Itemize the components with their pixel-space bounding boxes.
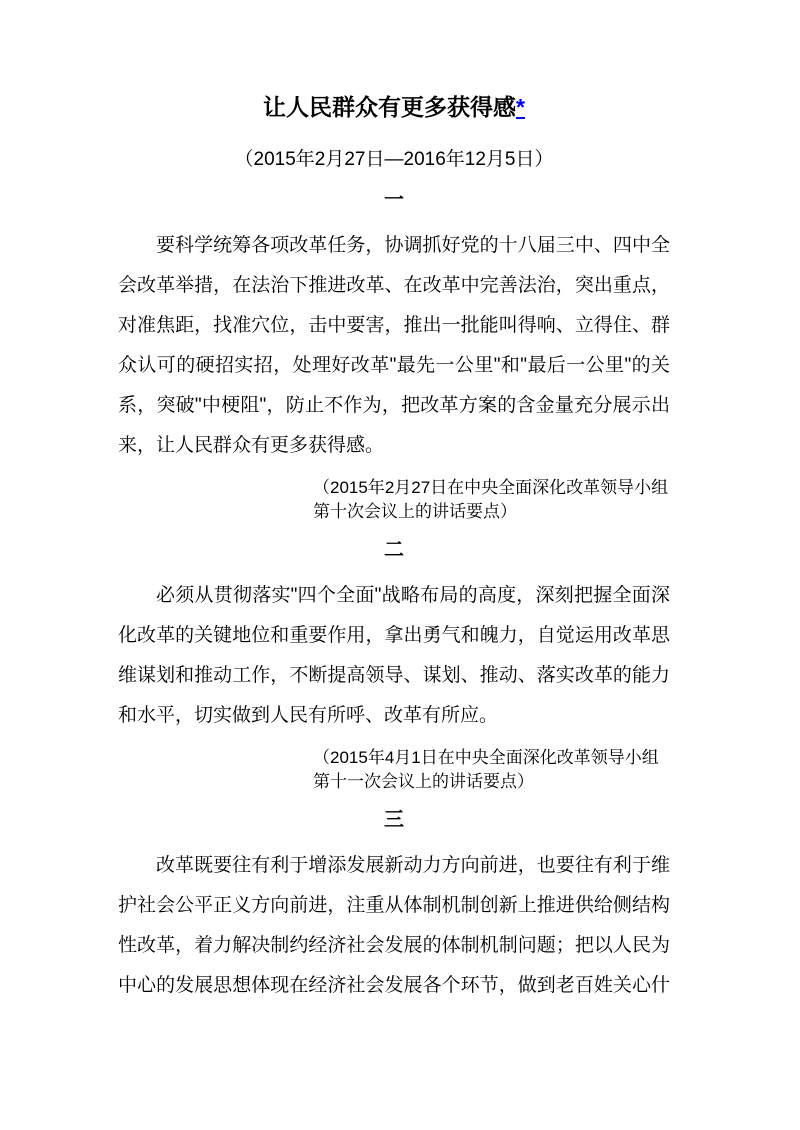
footnote-asterisk-link[interactable]: * [516, 94, 525, 120]
paragraph-line: 对准焦距，找准穴位，击中要害，推出一批能叫得响、立得住、群 [118, 306, 670, 346]
speech-citation: （2015年2月27日在中央全面深化改革领导小组第十次会议上的讲话要点） [313, 476, 670, 524]
body-paragraph: 要科学统筹各项改革任务，协调抓好党的十八届三中、四中全会改革举措，在法治下推进改… [118, 226, 670, 466]
citation-line: 第十一次会议上的讲话要点） [313, 770, 670, 794]
paragraph-line: 必须从贯彻落实"四个全面"战略布局的高度，深刻把握全面深 [118, 576, 670, 616]
paragraph-line: 维谋划和推动工作，不断提高领导、谋划、推动、落实改革的能力 [118, 656, 670, 696]
citation-line: 第十次会议上的讲话要点） [313, 500, 670, 524]
section-number: 一 [118, 186, 670, 214]
date-range: （2015年2月27日—2016年12月5日） [118, 146, 670, 174]
paragraph-line: 性改革，着力解决制约经济社会发展的体制机制问题；把以人民为 [118, 926, 670, 966]
paragraph-line: 和水平，切实做到人民有所呼、改革有所应。 [118, 696, 670, 736]
paragraph-line: 改革既要往有利于增添发展新动力方向前进，也要往有利于维 [118, 846, 670, 886]
citation-line: （2015年4月1日在中央全面深化改革领导小组 [313, 746, 670, 770]
paragraph-line: 系，突破"中梗阻"，防止不作为，把改革方案的含金量充分展示出 [118, 386, 670, 426]
paragraph-line: 中心的发展思想体现在经济社会发展各个环节，做到老百姓关心什 [118, 966, 670, 1006]
paragraph-line: 会改革举措，在法治下推进改革、在改革中完善法治，突出重点， [118, 266, 670, 306]
paragraph-line: 化改革的关键地位和重要作用，拿出勇气和魄力，自觉运用改革思 [118, 616, 670, 656]
paragraph-line: 要科学统筹各项改革任务，协调抓好党的十八届三中、四中全 [118, 226, 670, 266]
document-content: 让人民群众有更多获得感* （2015年2月27日—2016年12月5日） 一要科… [118, 0, 670, 1006]
paragraph-line: 众认可的硬招实招，处理好改革"最先一公里"和"最后一公里"的关 [118, 346, 670, 386]
body-paragraph: 必须从贯彻落实"四个全面"战略布局的高度，深刻把握全面深化改革的关键地位和重要作… [118, 576, 670, 736]
citation-line: （2015年2月27日在中央全面深化改革领导小组 [313, 476, 670, 500]
section-number: 二 [118, 536, 670, 564]
page-title: 让人民群众有更多获得感* [118, 0, 670, 128]
paragraph-line: 护社会公平正义方向前进，注重从体制机制创新上推进供给侧结构 [118, 886, 670, 926]
paragraph-line: 来，让人民群众有更多获得感。 [118, 426, 670, 466]
page-title-text: 让人民群众有更多获得感 [263, 94, 516, 120]
speech-citation: （2015年4月1日在中央全面深化改革领导小组第十一次会议上的讲话要点） [313, 746, 670, 794]
section-number: 三 [118, 806, 670, 834]
document-page: 让人民群众有更多获得感* （2015年2月27日—2016年12月5日） 一要科… [0, 0, 800, 1130]
document-sections: 一要科学统筹各项改革任务，协调抓好党的十八届三中、四中全会改革举措，在法治下推进… [118, 186, 670, 1006]
body-paragraph: 改革既要往有利于增添发展新动力方向前进，也要往有利于维护社会公平正义方向前进，注… [118, 846, 670, 1006]
